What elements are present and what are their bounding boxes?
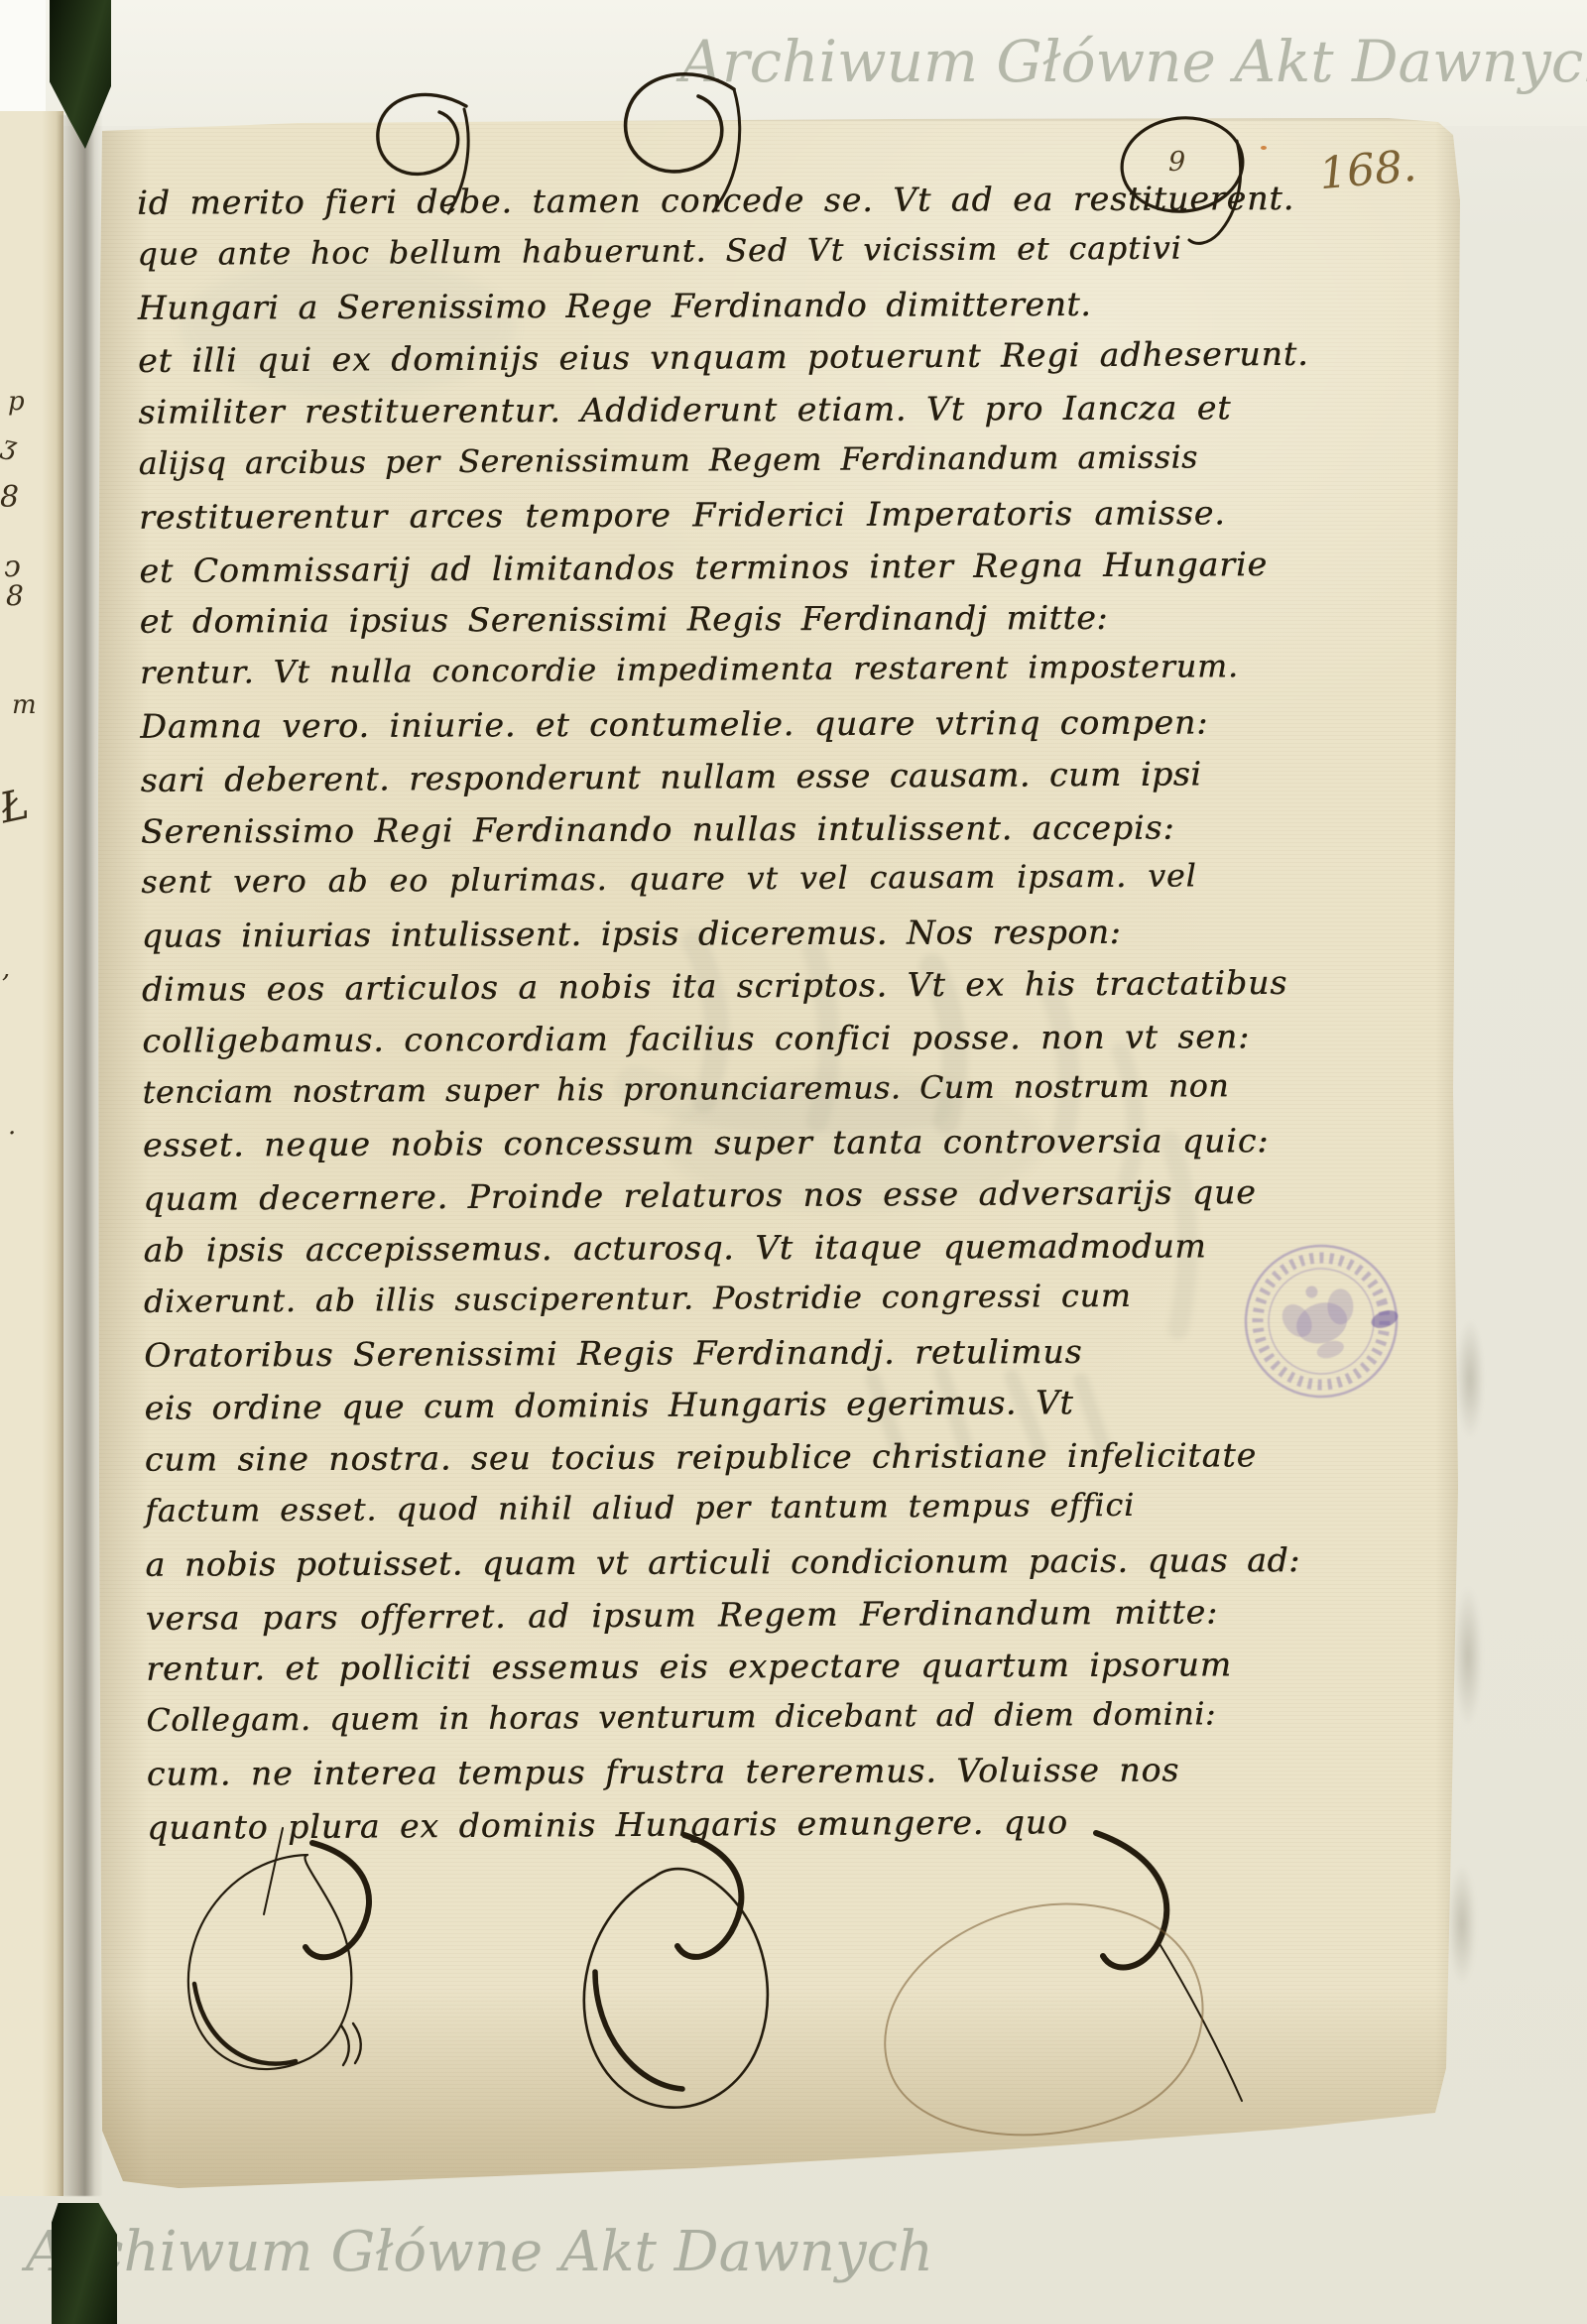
folio-number: 168. (1317, 141, 1418, 199)
manuscript-scan: Archiwum Główne Akt Dawnych Archiwum Głó… (0, 0, 1587, 2324)
page-edge-shadow (1456, 1319, 1484, 1438)
page-edge-shadow (1454, 1587, 1482, 1726)
corner-numeral: 9 (1168, 147, 1185, 178)
binding-tape-bottom (52, 2203, 117, 2324)
page-edge-shadow (1448, 1865, 1476, 1984)
paper-speck (1261, 146, 1267, 150)
archive-stamp (0, 0, 1587, 2324)
